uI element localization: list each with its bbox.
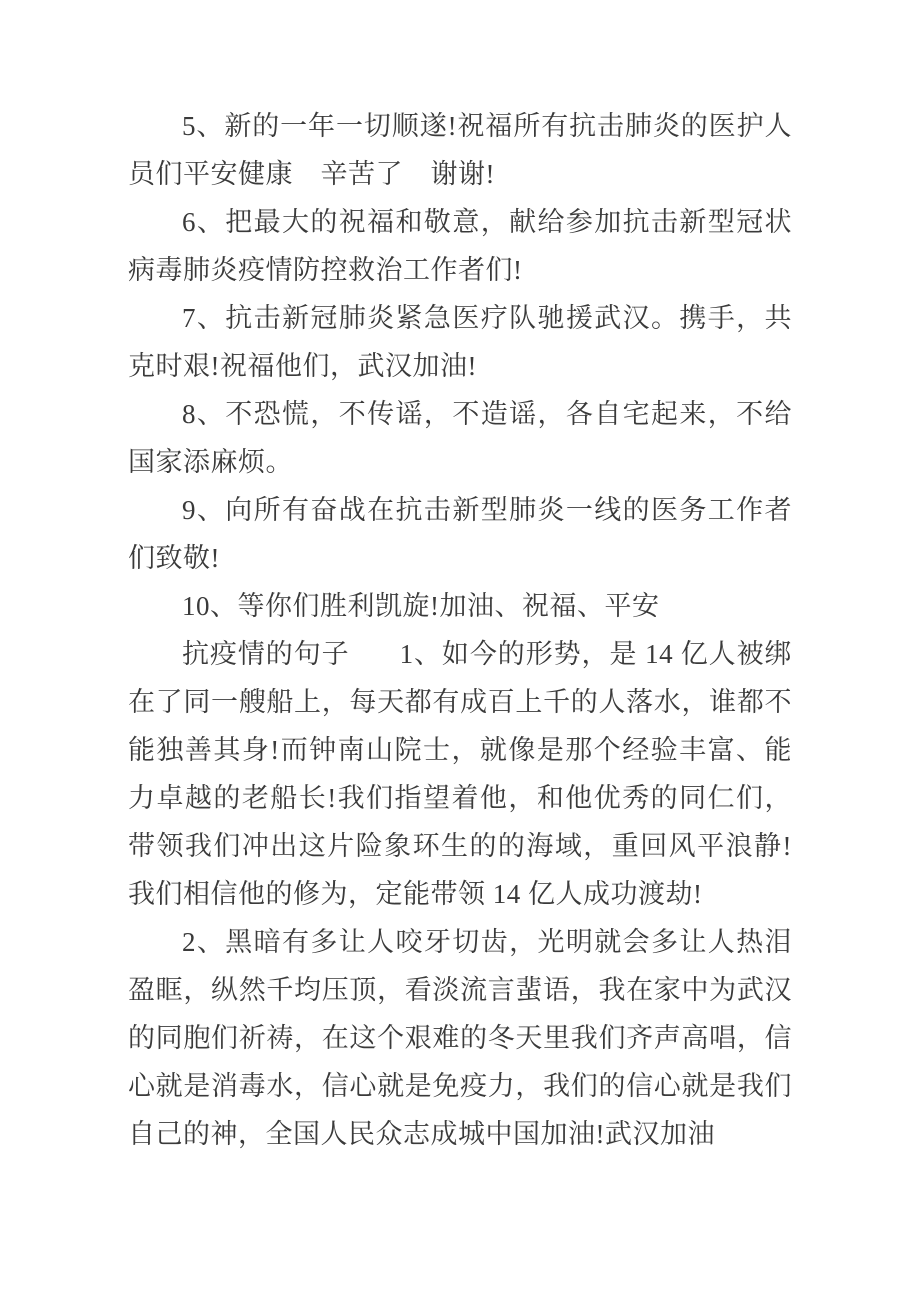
item-number: 10、	[182, 591, 238, 621]
numbered-paragraph-6: 6、把最大的祝福和敬意，献给参加抗击新型冠状病毒肺炎疫情防控救治工作者们!	[128, 198, 792, 294]
item-number: 9、	[182, 495, 225, 525]
item-number: 2、	[182, 927, 225, 957]
item-text: 新的一年一切顺遂!祝福所有抗击肺炎的医护人员们平安健康 辛苦了 谢谢!	[128, 111, 792, 189]
document-page: 5、新的一年一切顺遂!祝福所有抗击肺炎的医护人员们平安健康 辛苦了 谢谢! 6、…	[0, 0, 920, 1302]
section-paragraph-2: 2、黑暗有多让人咬牙切齿，光明就会多让人热泪盈眶，纵然千均压顶，看淡流言蜚语，我…	[128, 918, 792, 1158]
item-text: 等你们胜利凯旋!加油、祝福、平安	[238, 591, 660, 621]
numbered-paragraph-7: 7、抗击新冠肺炎紧急医疗队驰援武汉。携手，共克时艰!祝福他们，武汉加油!	[128, 294, 792, 390]
section-heading: 抗疫情的句子	[182, 639, 350, 669]
section-paragraph-1: 抗疫情的句子1、如今的形势，是 14 亿人被绑在了同一艘船上，每天都有成百上千的…	[128, 630, 792, 918]
item-text: 如今的形势，是 14 亿人被绑在了同一艘船上，每天都有成百上千的人落水，谁都不能…	[128, 639, 792, 909]
item-number: 1、	[400, 639, 442, 669]
numbered-paragraph-5: 5、新的一年一切顺遂!祝福所有抗击肺炎的医护人员们平安健康 辛苦了 谢谢!	[128, 102, 792, 198]
numbered-paragraph-10: 10、等你们胜利凯旋!加油、祝福、平安	[128, 582, 792, 630]
numbered-paragraph-9: 9、向所有奋战在抗击新型肺炎一线的医务工作者们致敬!	[128, 486, 792, 582]
numbered-paragraph-8: 8、不恐慌，不传谣，不造谣，各自宅起来，不给国家添麻烦。	[128, 390, 792, 486]
item-text: 把最大的祝福和敬意，献给参加抗击新型冠状病毒肺炎疫情防控救治工作者们!	[128, 207, 792, 285]
item-number: 8、	[182, 399, 225, 429]
item-text: 抗击新冠肺炎紧急医疗队驰援武汉。携手，共克时艰!祝福他们，武汉加油!	[128, 303, 792, 381]
item-text: 黑暗有多让人咬牙切齿，光明就会多让人热泪盈眶，纵然千均压顶，看淡流言蜚语，我在家…	[128, 927, 792, 1149]
item-text: 向所有奋战在抗击新型肺炎一线的医务工作者们致敬!	[128, 495, 792, 573]
item-number: 6、	[182, 207, 225, 237]
item-number: 7、	[182, 303, 225, 333]
item-text: 不恐慌，不传谣，不造谣，各自宅起来，不给国家添麻烦。	[128, 399, 792, 477]
item-number: 5、	[182, 111, 224, 141]
